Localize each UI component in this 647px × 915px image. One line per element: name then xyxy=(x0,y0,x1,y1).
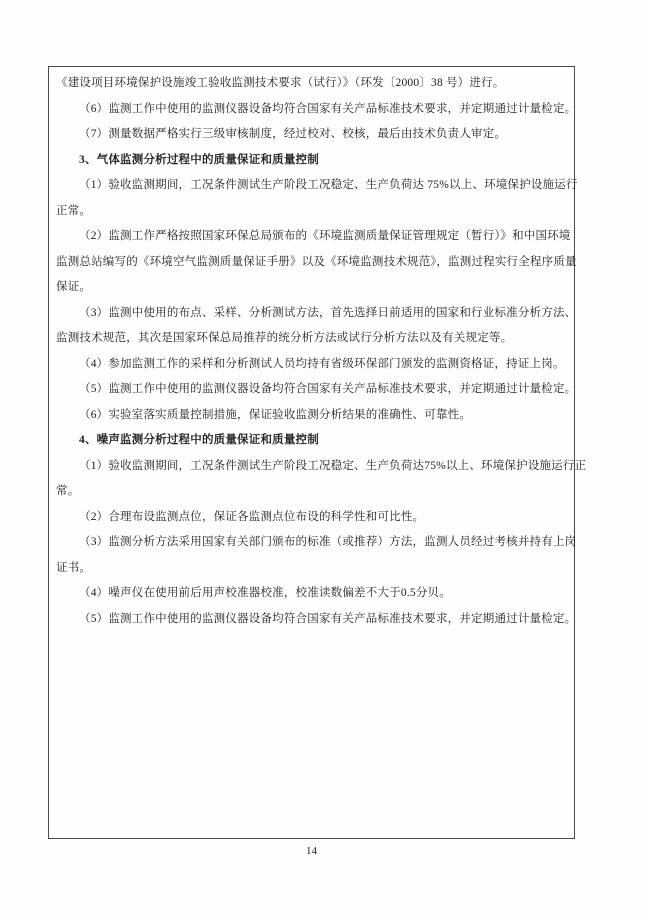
text-line-item-4b: （4）噪声仪在使用前后用声校准器校准，校准读数偏差不大于0.5分贝。 xyxy=(56,581,567,607)
page-number: 14 xyxy=(306,845,317,857)
text-line-item-5: （5）监测工作中使用的监测仪器设备均符合国家有关产品标准技术要求，并定期通过计量… xyxy=(56,377,567,403)
text-line-item-4: （4）参加监测工作的采样和分析测试人员均持有省级环保部门颁发的监测资格证，持证上… xyxy=(56,352,567,378)
text-line-item-6b: （6）实验室落实质量控制措施，保证验收监测分析结果的准确性、可靠性。 xyxy=(56,403,567,429)
content-border-box: 《建设项目环境保护设施竣工验收监测技术要求（试行）》（环发〔2000〕38 号）… xyxy=(48,66,575,839)
text-line-wrap: 常。 xyxy=(56,479,567,505)
text-line-item-3b: （3）监测分析方法采用国家有关部门颁布的标准（或推荐）方法，监测人员经过考核并持… xyxy=(56,530,567,556)
text-line-continuation: 《建设项目环境保护设施竣工验收监测技术要求（试行）》（环发〔2000〕38 号）… xyxy=(56,71,567,97)
text-line-item-7: （7）测量数据严格实行三级审核制度，经过校对、校核，最后由技术负责人审定。 xyxy=(56,122,567,148)
text-line-wrap: 监测技术规范，其次是国家环保总局推荐的统分析方法或试行分析方法以及有关规定等。 xyxy=(56,326,567,352)
text-line-item-1: （1）验收监测期间，工况条件测试生产阶段工况稳定、生产负荷达 75%以上、环境保… xyxy=(56,173,567,199)
text-line-wrap: 保证。 xyxy=(56,275,567,301)
text-line-item-2: （2）监测工作严格按照国家环保总局颁布的《环境监测质量保证管理规定（暂行）》和中… xyxy=(56,224,567,250)
text-line-wrap: 监测总站编写的《环境空气监测质量保证手册》以及《环境监测技术规范》，监测过程实行… xyxy=(56,250,567,276)
text-line-item-2b: （2）合理布设监测点位，保证各监测点位布设的科学性和可比性。 xyxy=(56,505,567,531)
text-line-item-1b: （1）验收监测期间，工况条件测试生产阶段工况稳定、生产负荷达75%以上、环境保护… xyxy=(56,454,567,480)
text-line-wrap: 证书。 xyxy=(56,556,567,582)
document-page: 《建设项目环境保护设施竣工验收监测技术要求（试行）》（环发〔2000〕38 号）… xyxy=(0,0,647,915)
text-line-item-3: （3）监测中使用的布点、采样、分析测试方法，首先选择日前适用的国家和行业标准分析… xyxy=(56,301,567,327)
section-heading-4: 4、噪声监测分析过程中的质量保证和质量控制 xyxy=(56,428,567,454)
text-line-wrap: 正常。 xyxy=(56,199,567,225)
section-heading-3: 3、气体监测分析过程中的质量保证和质量控制 xyxy=(56,148,567,174)
text-line-item-5b: （5）监测工作中使用的监测仪器设备均符合国家有关产品标准技术要求，并定期通过计量… xyxy=(56,607,567,633)
text-line-item-6: （6）监测工作中使用的监测仪器设备均符合国家有关产品标准技术要求，并定期通过计量… xyxy=(56,97,567,123)
page-footer: 14 xyxy=(48,841,575,859)
